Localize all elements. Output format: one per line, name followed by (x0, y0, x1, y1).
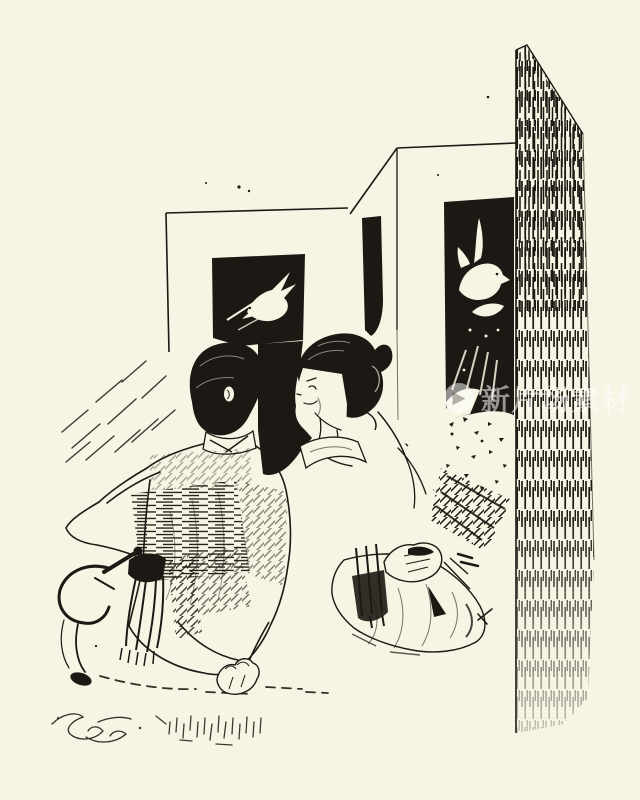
engraving-illustration (0, 0, 640, 800)
stock-image-canvas: ▶ 新片场素材 (0, 0, 640, 800)
